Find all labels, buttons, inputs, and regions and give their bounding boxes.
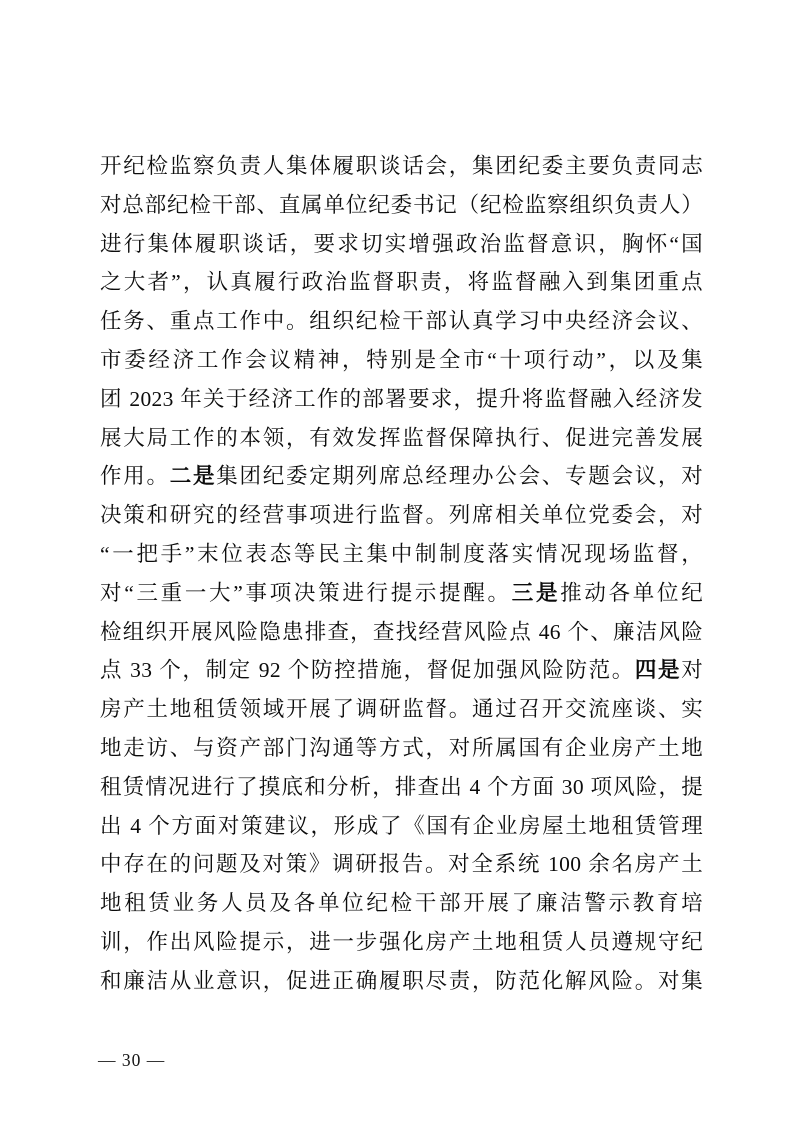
text-line: 租赁情况进行了摸底和分析，排查出 4 个方面 30 项风险，提 [100,768,703,807]
text-line: 展大局工作的本领，有效发挥监督保障执行、促进完善发展 [100,419,703,458]
text-run: 中存在的问题及对策》调研报告。对全系统 100 余名房产土 [100,852,703,876]
text-line: 和廉洁从业意识，促进正确履职尽责，防范化解风险。对集 [100,962,703,1001]
text-line: 出 4 个方面对策建议，形成了《国有企业房屋土地租赁管理 [100,807,703,846]
text-line: 进行集体履职谈话，要求切实增强政治监督意识，胸怀“国 [100,225,703,264]
text-line: 对总部纪检干部、直属单位纪委书记（纪检监察组织负责人） [100,186,703,225]
text-run: 对“三重一大”事项决策进行提示提醒。 [100,581,512,605]
text-run: 进行集体履职谈话，要求切实增强政治监督意识，胸怀“国 [100,232,703,256]
bold-text-run: 三是 [512,581,560,605]
text-line: 之大者”，认真履行政治监督职责，将监督融入到集团重点 [100,263,703,302]
text-run: 出 4 个方面对策建议，形成了《国有企业房屋土地租赁管理 [100,814,703,838]
text-line: 中存在的问题及对策》调研报告。对全系统 100 余名房产土 [100,845,703,884]
text-run: 集团纪委定期列席总经理办公会、专题会议，对 [216,464,703,488]
text-line: 决策和研究的经营事项进行监督。列席相关单位党委会，对 [100,496,703,535]
text-run: 开纪检监察负责人集体履职谈话会，集团纪委主要负责同志 [100,154,703,178]
text-run: 租赁情况进行了摸底和分析，排查出 4 个方面 30 项风险，提 [100,775,703,799]
text-run: 市委经济工作会议精神，特别是全市“十项行动”，以及集 [100,348,703,372]
text-line: 团 2023 年关于经济工作的部署要求，提升将监督融入经济发 [100,380,703,419]
text-run: 团 2023 年关于经济工作的部署要求，提升将监督融入经济发 [100,387,703,411]
text-line: 对“三重一大”事项决策进行提示提醒。三是推动各单位纪 [100,574,703,613]
text-run: 地走访、与资产部门沟通等方式，对所属国有企业房产土地 [100,736,703,760]
text-run: 房产土地租赁领域开展了调研监督。通过召开交流座谈、实 [100,697,703,721]
text-run: 地租赁业务人员及各单位纪检干部开展了廉洁警示教育培 [100,891,703,915]
text-line: 任务、重点工作中。组织纪检干部认真学习中央经济会议、 [100,302,703,341]
text-run: 作用。 [100,464,170,488]
text-line: “一把手”末位表态等民主集中制制度落实情况现场监督， [100,535,703,574]
text-line: 点 33 个，制定 92 个防控措施，督促加强风险防范。四是对 [100,651,703,690]
text-run: 决策和研究的经营事项进行监督。列席相关单位党委会，对 [100,503,703,527]
text-run: 训，作出风险提示，进一步强化房产土地租赁人员遵规守纪 [100,930,703,954]
text-line: 作用。二是集团纪委定期列席总经理办公会、专题会议，对 [100,457,703,496]
text-line: 训，作出风险提示，进一步强化房产土地租赁人员遵规守纪 [100,923,703,962]
document-page: 开纪检监察负责人集体履职谈话会，集团纪委主要负责同志对总部纪检干部、直属单位纪委… [0,0,800,1131]
text-line: 检组织开展风险隐患排查，查找经营风险点 46 个、廉洁风险 [100,613,703,652]
text-run: 对 [681,658,703,682]
bold-text-run: 二是 [170,464,217,488]
text-line: 房产土地租赁领域开展了调研监督。通过召开交流座谈、实 [100,690,703,729]
text-line: 地走访、与资产部门沟通等方式，对所属国有企业房产土地 [100,729,703,768]
text-run: 之大者”，认真履行政治监督职责，将监督融入到集团重点 [100,270,703,294]
text-run: 对总部纪检干部、直属单位纪委书记（纪检监察组织负责人） [100,193,703,217]
text-run: 展大局工作的本领，有效发挥监督保障执行、促进完善发展 [100,426,703,450]
text-run: 和廉洁从业意识，促进正确履职尽责，防范化解风险。对集 [100,969,703,993]
text-line: 地租赁业务人员及各单位纪检干部开展了廉洁警示教育培 [100,884,703,923]
text-run: 点 33 个，制定 92 个防控措施，督促加强风险防范。 [100,658,635,682]
text-run: 推动各单位纪 [560,581,703,605]
text-run: 任务、重点工作中。组织纪检干部认真学习中央经济会议、 [100,309,703,333]
text-run: “一把手”末位表态等民主集中制制度落实情况现场监督， [100,542,703,566]
text-run: 检组织开展风险隐患排查，查找经营风险点 46 个、廉洁风险 [100,620,703,644]
text-line: 开纪检监察负责人集体履职谈话会，集团纪委主要负责同志 [100,147,703,186]
page-body: 开纪检监察负责人集体履职谈话会，集团纪委主要负责同志对总部纪检干部、直属单位纪委… [100,147,703,1001]
bold-text-run: 四是 [635,658,681,682]
text-line: 市委经济工作会议精神，特别是全市“十项行动”，以及集 [100,341,703,380]
page-number: — 30 — [98,1048,165,1072]
